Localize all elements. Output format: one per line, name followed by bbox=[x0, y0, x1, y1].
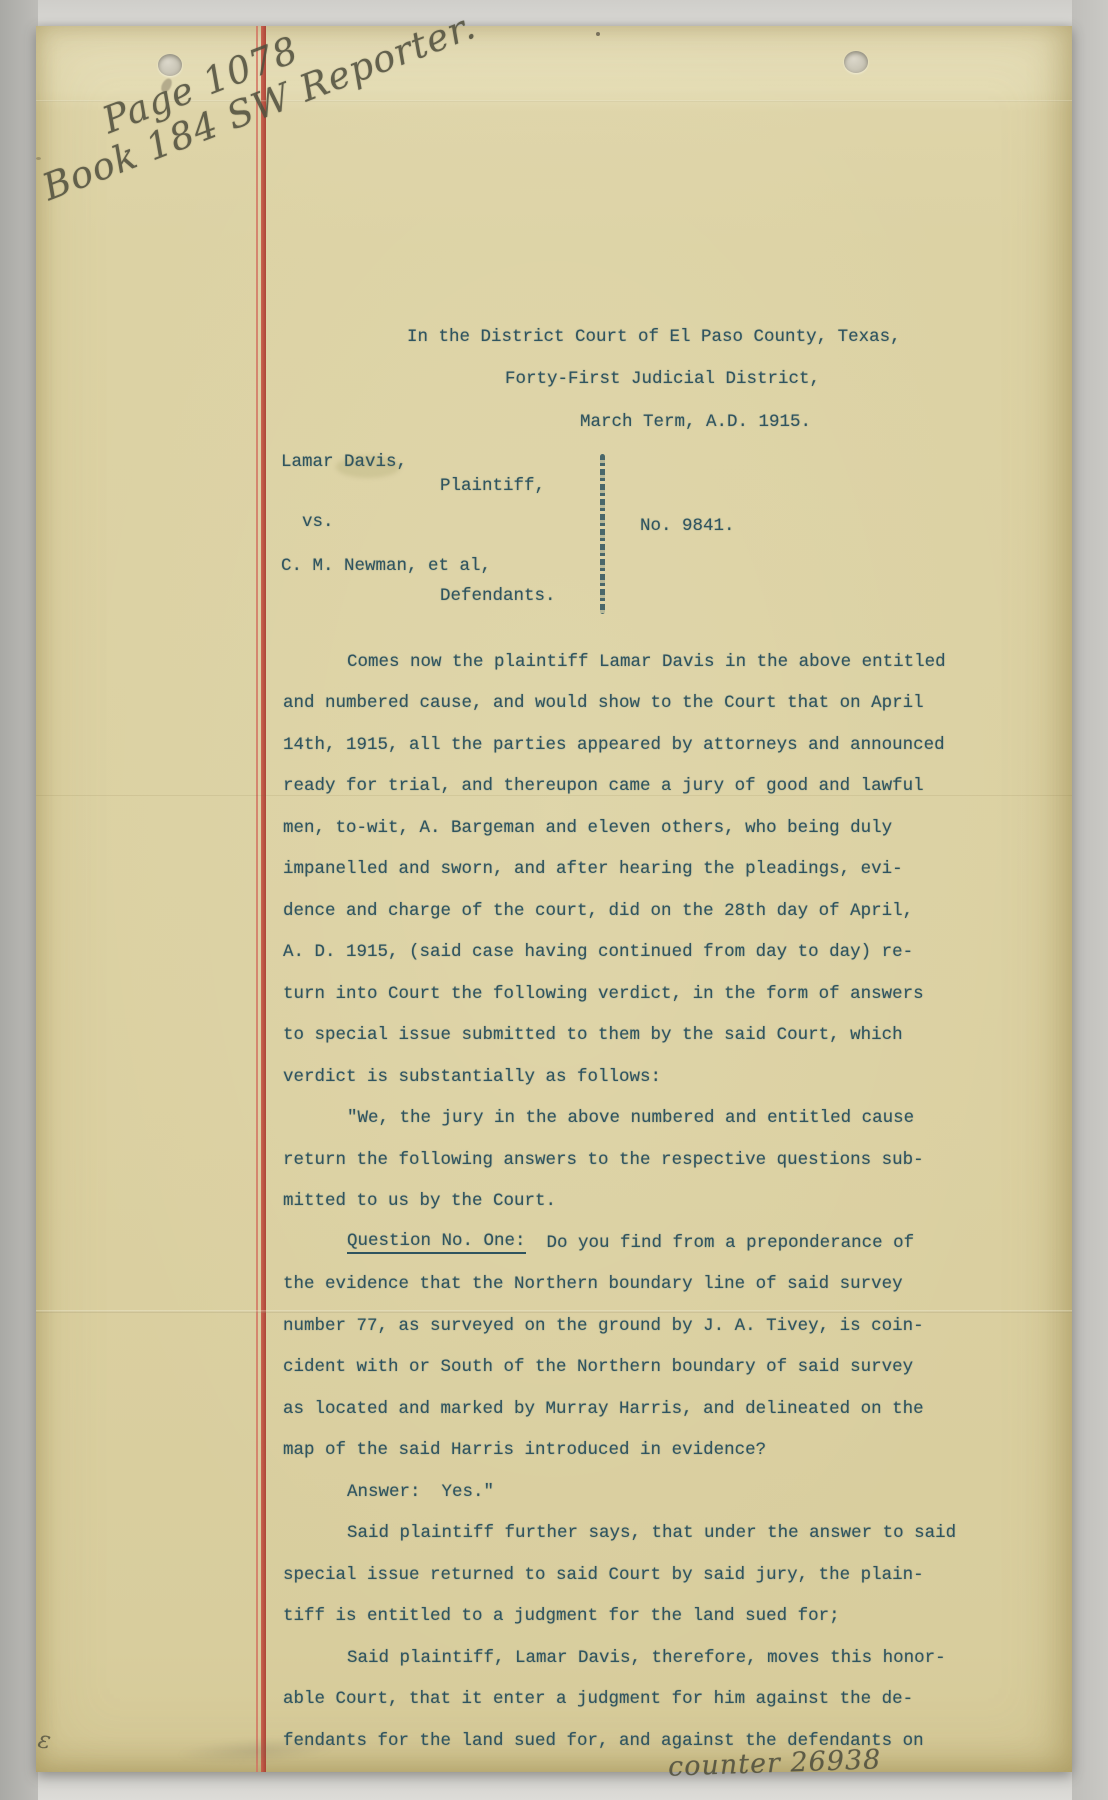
body-line: mitted to us by the Court. bbox=[283, 1181, 993, 1223]
underlined-question-label: Question No. One: bbox=[347, 1231, 526, 1254]
defendant-role: Defendants. bbox=[440, 586, 556, 606]
body-line: to special issue submitted to them by th… bbox=[283, 1015, 993, 1057]
body-line: cident with or South of the Northern bou… bbox=[283, 1347, 993, 1389]
body-line: able Court, that it enter a judgment for… bbox=[283, 1679, 993, 1721]
body-line: and numbered cause, and would show to th… bbox=[283, 683, 993, 725]
plaintiff-role: Plaintiff, bbox=[440, 476, 545, 496]
ink-speck bbox=[596, 32, 600, 36]
body-text: Comes now the plaintiff Lamar Davis in t… bbox=[283, 641, 993, 1762]
judicial-district-line: Forty-First Judicial District, bbox=[505, 369, 820, 389]
scan-background: Page 1078 Book 184 SW Reporter. In the D… bbox=[0, 0, 1108, 1800]
punch-hole-right bbox=[844, 51, 868, 73]
body-line: men, to-wit, A. Bargeman and eleven othe… bbox=[283, 807, 993, 849]
body-line: tiff is entitled to a judgment for the l… bbox=[283, 1596, 993, 1638]
body-line: 14th, 1915, all the parties appeared by … bbox=[283, 724, 993, 766]
body-line: return the following answers to the resp… bbox=[283, 1139, 993, 1181]
margin-rule-thin bbox=[256, 26, 258, 1772]
case-number: No. 9841. bbox=[640, 516, 735, 536]
term-line: March Term, A.D. 1915. bbox=[580, 412, 811, 432]
body-line: "We, the jury in the above numbered and … bbox=[283, 1098, 993, 1140]
body-line: as located and marked by Murray Harris, … bbox=[283, 1388, 993, 1430]
body-line: impanelled and sworn, and after hearing … bbox=[283, 849, 993, 891]
handwritten-counter-number: counter 26938 bbox=[668, 1744, 882, 1782]
body-line: Answer: Yes." bbox=[283, 1471, 993, 1513]
handwritten-page-number: Page 1078 bbox=[22, 0, 466, 170]
body-line: turn into Court the following verdict, i… bbox=[283, 973, 993, 1015]
body-line: fendants for the land sued for, and agai… bbox=[283, 1720, 993, 1762]
defendant-name: C. M. Newman, et al, bbox=[281, 556, 491, 576]
plaintiff-name: Lamar Davis, bbox=[281, 452, 407, 472]
document-page: Page 1078 Book 184 SW Reporter. In the D… bbox=[36, 26, 1072, 1772]
body-line: Comes now the plaintiff Lamar Davis in t… bbox=[283, 641, 993, 683]
body-line: special issue returned to said Court by … bbox=[283, 1554, 993, 1596]
body-line: the evidence that the Northern boundary … bbox=[283, 1264, 993, 1306]
handwritten-citation: Page 1078 Book 184 SW Reporter. bbox=[22, 0, 481, 209]
body-line: map of the said Harris introduced in evi… bbox=[283, 1430, 993, 1472]
margin-rule-thick bbox=[261, 26, 266, 1772]
handwritten-margin-mark: ε bbox=[36, 1725, 53, 1755]
body-line: verdict is substantially as follows: bbox=[283, 1056, 993, 1098]
body-line: number 77, as surveyed on the ground by … bbox=[283, 1305, 993, 1347]
versus-label: vs. bbox=[302, 512, 334, 532]
body-line: Said plaintiff further says, that under … bbox=[283, 1513, 993, 1555]
body-line: dence and charge of the court, did on th… bbox=[283, 890, 993, 932]
caption-brace bbox=[600, 454, 605, 614]
body-line: A. D. 1915, (said case having continued … bbox=[283, 932, 993, 974]
body-line: Said plaintiff, Lamar Davis, therefore, … bbox=[283, 1637, 993, 1679]
court-title-line: In the District Court of El Paso County,… bbox=[407, 327, 901, 347]
body-line: Question No. One: Do you find from a pre… bbox=[283, 1222, 993, 1264]
body-line: ready for trial, and thereupon came a ju… bbox=[283, 766, 993, 808]
